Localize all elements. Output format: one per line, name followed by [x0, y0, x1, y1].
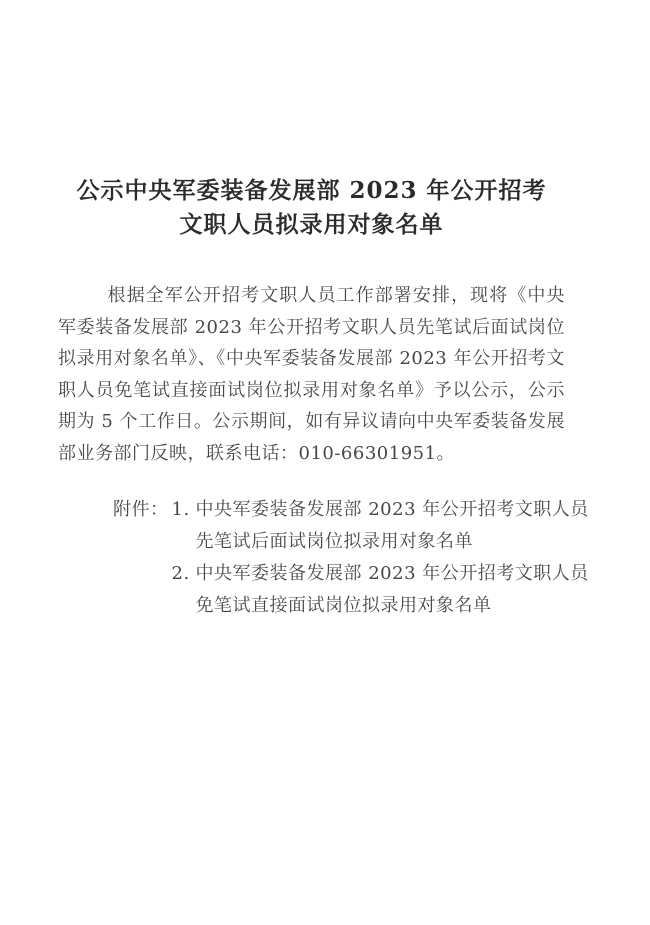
document-page: 公示中央军委装备发展部 2023 年公开招考 文职人员拟录用对象名单 根据全军公…	[0, 0, 650, 925]
document-body: 公示中央军委装备发展部 2023 年公开招考 文职人员拟录用对象名单 根据全军公…	[58, 0, 565, 622]
attachment-item-text: 中央军委装备发展部 2023 年公开招考文职人员免笔试直接面试岗位拟录用对象名单	[196, 558, 592, 622]
attachment-item-text: 中央军委装备发展部 2023 年公开招考文职人员先笔试后面试岗位拟录用对象名单	[196, 494, 592, 558]
attachment-item: 1. 中央军委装备发展部 2023 年公开招考文职人员先笔试后面试岗位拟录用对象…	[172, 494, 592, 558]
attachment-section: 附件： 1. 中央军委装备发展部 2023 年公开招考文职人员先笔试后面试岗位拟…	[58, 494, 565, 622]
attachment-item-number: 1.	[172, 494, 196, 526]
attachment-label: 附件：	[113, 494, 169, 526]
title-line-2: 文职人员拟录用对象名单	[58, 208, 565, 242]
attachment-item: 2. 中央军委装备发展部 2023 年公开招考文职人员免笔试直接面试岗位拟录用对…	[172, 558, 592, 622]
attachment-item-number: 2.	[172, 558, 196, 590]
title-line-1: 公示中央军委装备发展部 2023 年公开招考	[58, 174, 565, 208]
attachment-list: 1. 中央军委装备发展部 2023 年公开招考文职人员先笔试后面试岗位拟录用对象…	[172, 494, 592, 622]
announcement-paragraph: 根据全军公开招考文职人员工作部署安排，现将《中央军委装备发展部 2023 年公开…	[58, 280, 565, 469]
document-title: 公示中央军委装备发展部 2023 年公开招考 文职人员拟录用对象名单	[58, 174, 565, 242]
